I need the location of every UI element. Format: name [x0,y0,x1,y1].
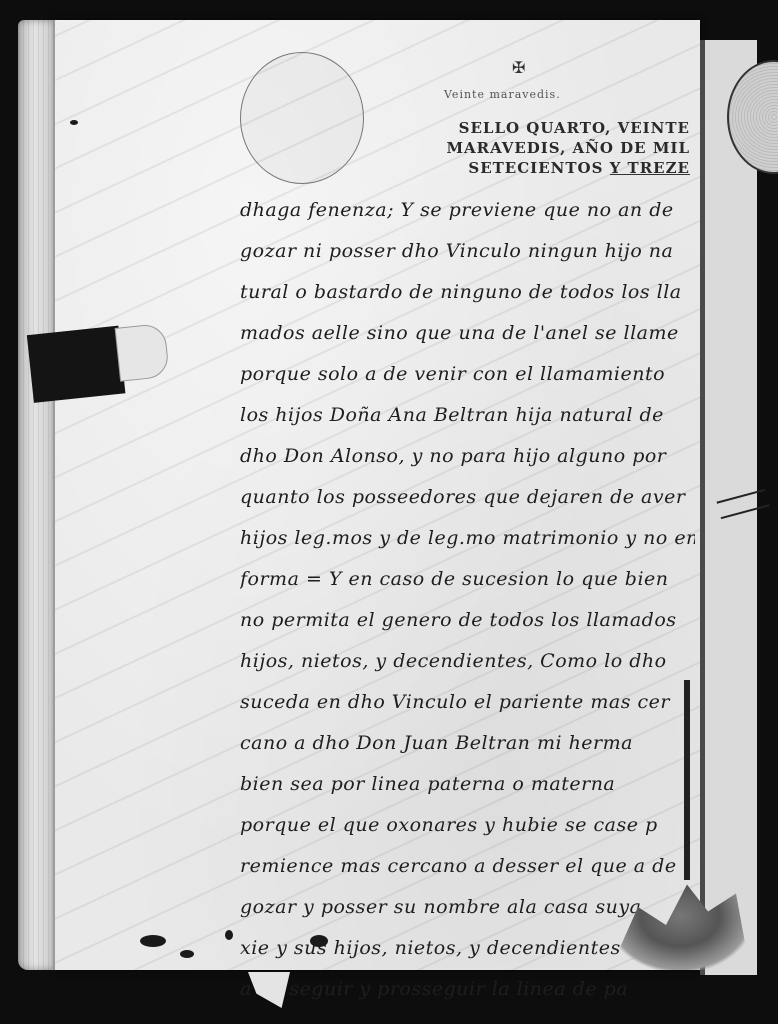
text-line: gozar y posser su nombre ala casa suya [240,887,695,928]
ink-blot [180,950,194,958]
text-line: a de seguir y prosseguir la linea de pa [240,969,695,1010]
text-line: hijos leg.mos y de leg.mo matrimonio y n… [240,518,695,559]
bookmark-tab-tip [115,323,170,382]
text-line: bien sea por linea paterna o materna [240,764,695,805]
text-line: porque solo a de venir con el llamamient… [240,354,695,395]
manuscript-scan: ✠ Veinte maravedis. SELLO QUARTO, VEINTE… [0,0,778,1024]
text-line: tural o bastardo de ninguno de todos los… [240,272,695,313]
stamp-underline [610,174,690,175]
ink-blot [140,935,166,947]
text-line: forma = Y en caso de sucesion lo que bie… [240,559,695,600]
text-line: quanto los posseedores que dejaren de av… [240,477,695,518]
stamped-paper-header: SELLO QUARTO, VEINTE MARAVEDIS, AÑO DE M… [370,118,690,178]
ink-blot [70,120,78,125]
ink-blot [225,930,233,940]
stamp-value-text: Veinte maravedis. [444,88,561,101]
cross-icon: ✠ [512,58,525,77]
bookmark-tab-dark [27,326,126,403]
text-line: hijos, nietos, y decendientes, Como lo d… [240,641,695,682]
bookmark-tab [27,321,168,403]
text-line: gozar ni posser dho Vinculo ningun hijo … [240,231,695,272]
ink-blot [310,935,328,947]
stamp-line-2: MARAVEDIS, AÑO DE MIL [370,138,690,158]
text-line: dho Don Alonso, y no para hijo alguno po… [240,436,695,477]
text-line: mados aelle sino que una de l'anel se ll… [240,313,695,354]
text-line: dhaga fenenza; Y se previene que no an d… [240,190,695,231]
text-line: porque el que oxonares y hubie se case p [240,805,695,846]
binding-thread [684,680,690,880]
stamp-line-3: SETECIENTOS Y TREZE [370,158,690,178]
stamp-line-1: SELLO QUARTO, VEINTE [370,118,690,138]
text-line: suceda en dho Vinculo el pariente mas ce… [240,682,695,723]
handwritten-text-block: dhaga fenenza; Y se previene que no an d… [240,190,695,1010]
text-line: remience mas cercano a desser el que a d… [240,846,695,887]
text-line: los hijos Doña Ana Beltran hija natural … [240,395,695,436]
embossed-seal-icon [240,52,364,184]
text-line: no permita el genero de todos los llamad… [240,600,695,641]
text-line: cano a dho Don Juan Beltran mi herma [240,723,695,764]
